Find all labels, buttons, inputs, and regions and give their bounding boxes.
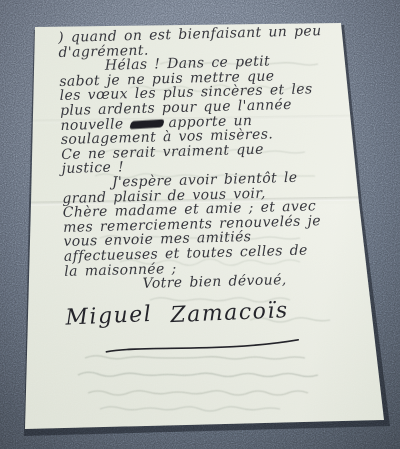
letter-body: ) quand on est bienfaisant un peu d'agré…	[58, 23, 367, 362]
signature-underline-flourish	[102, 334, 312, 357]
signature-first-name: Miguel	[65, 308, 152, 326]
signature: Miguel Zamacoïs	[65, 303, 366, 363]
scratched-out-word	[129, 119, 164, 128]
photo-of-handwritten-letter: ) quand on est bienfaisant un peu d'agré…	[0, 0, 400, 449]
signature-last-name: Zamacoïs	[171, 304, 290, 324]
letter-paper: ) quand on est bienfaisant un peu d'agré…	[0, 0, 400, 449]
